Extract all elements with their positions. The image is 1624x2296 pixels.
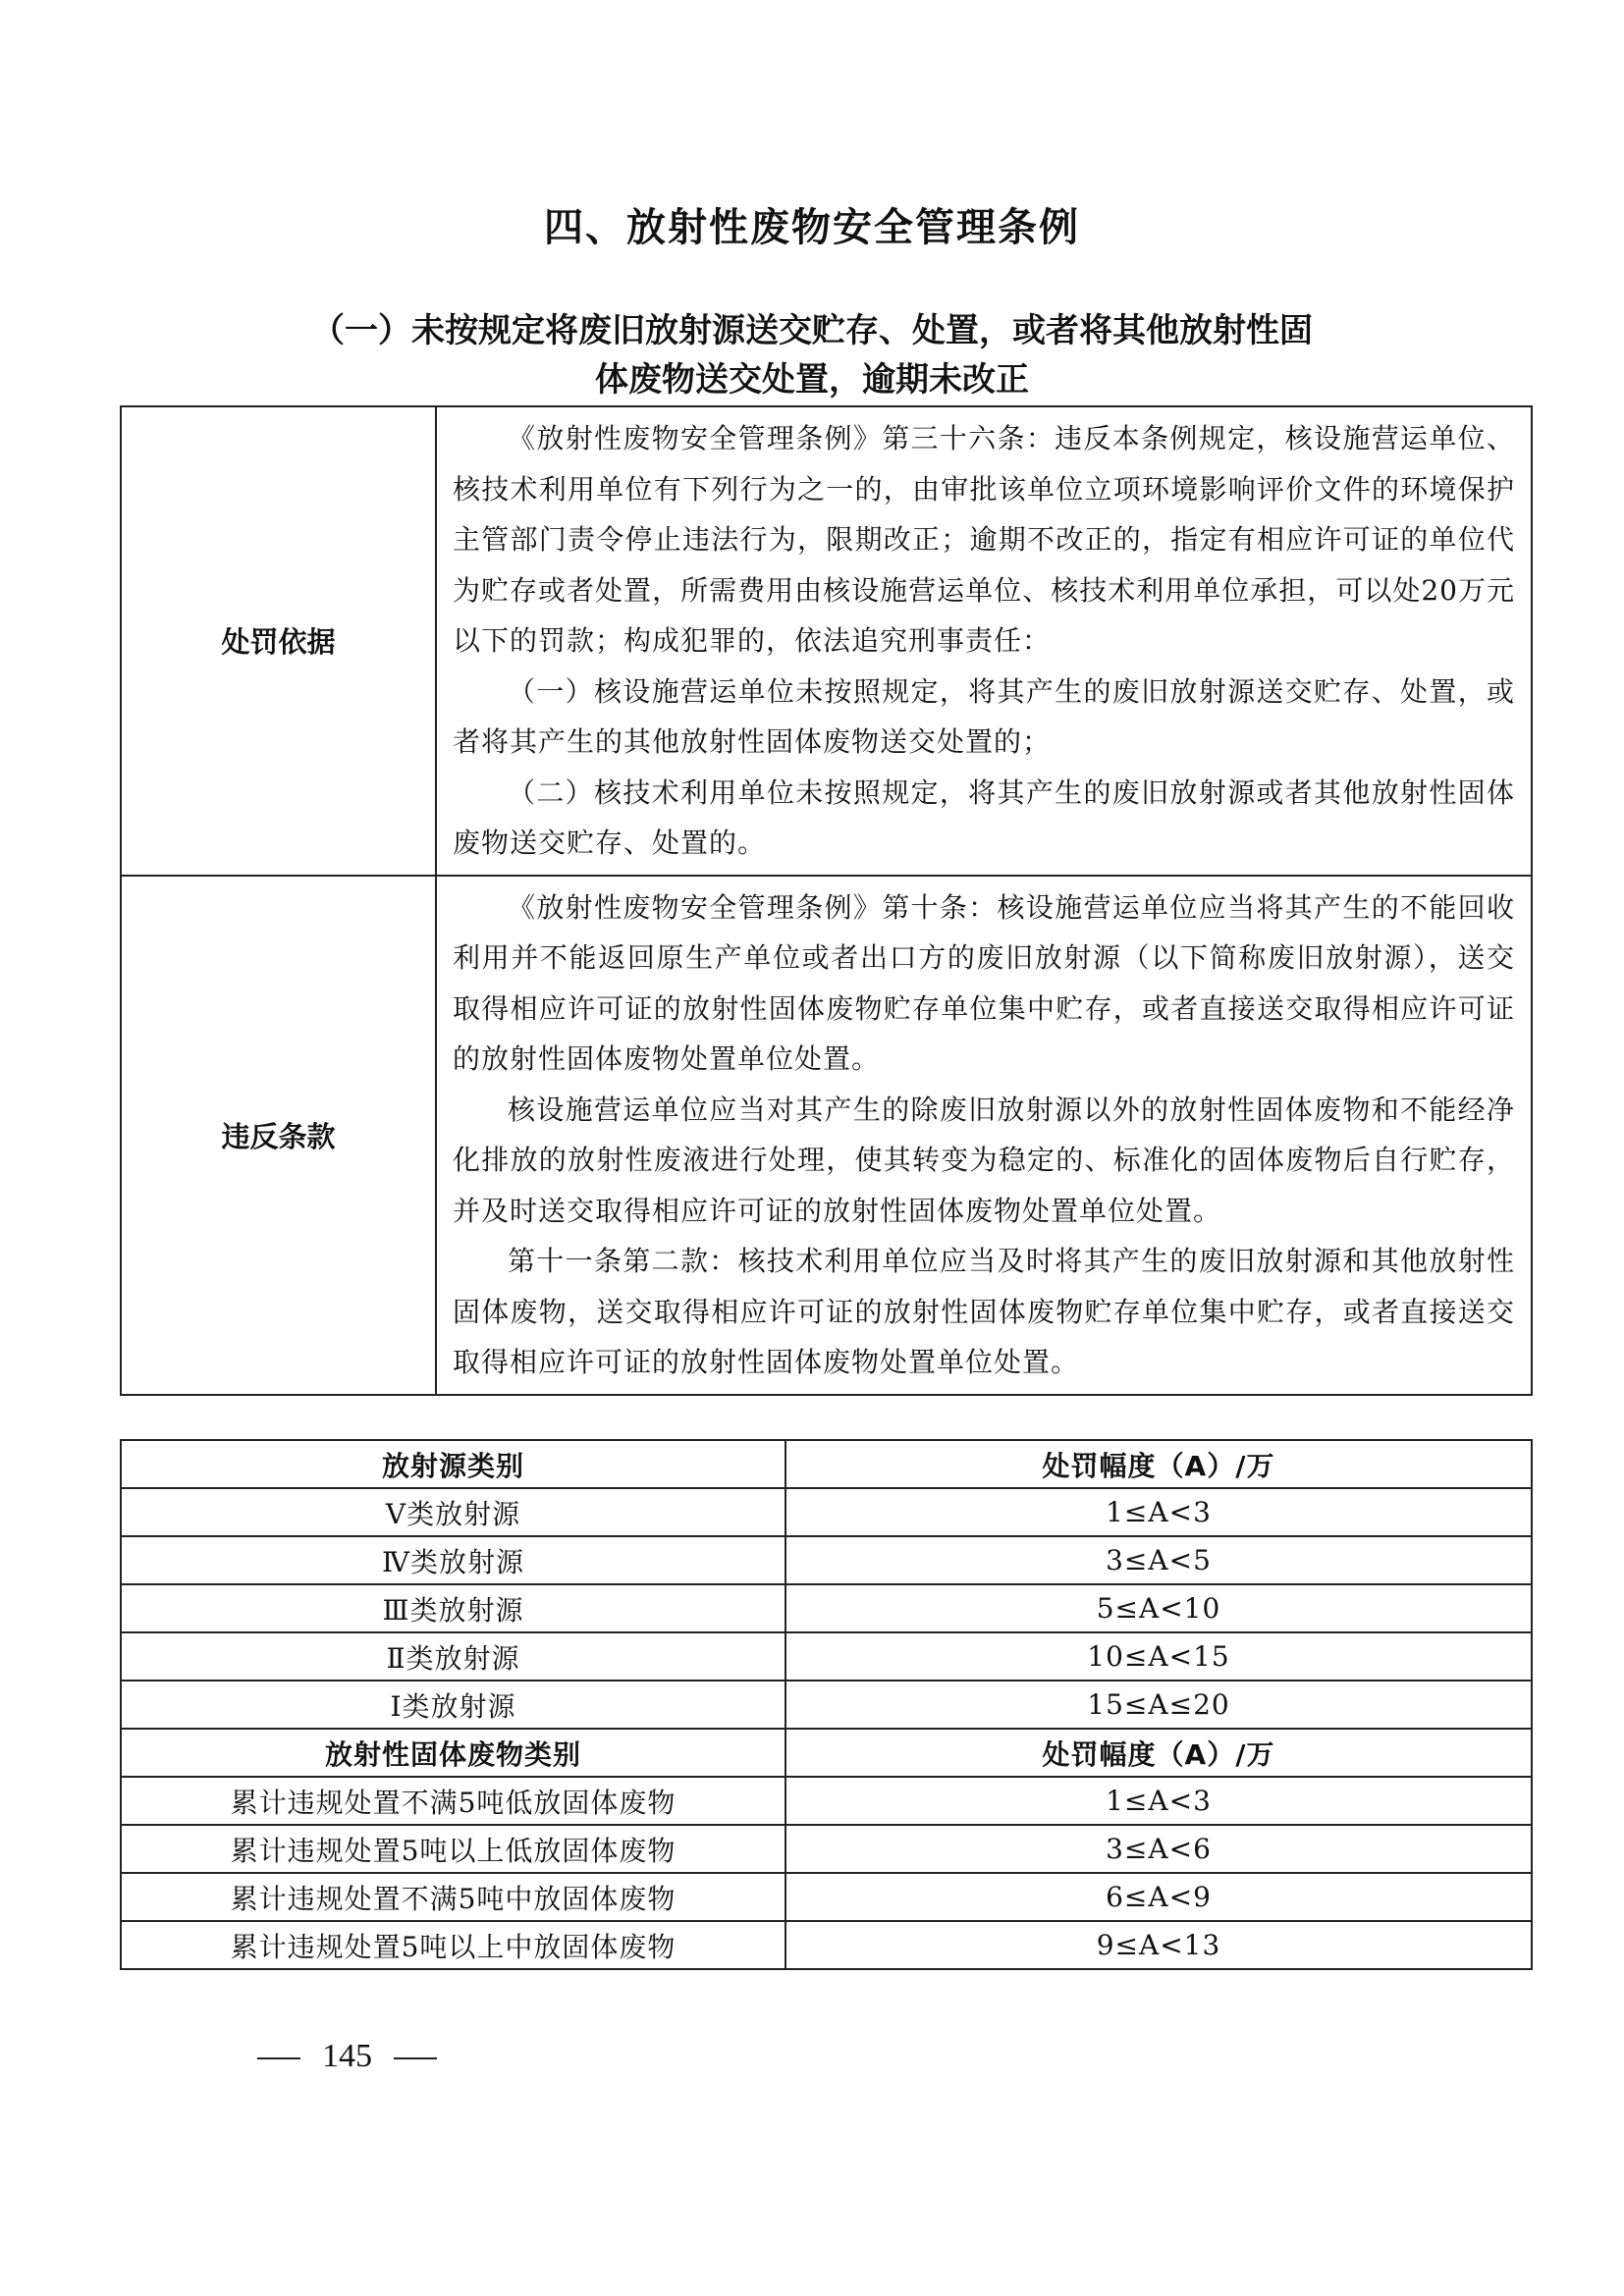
waste-category: 累计违规处置不满5吨低放固体废物 [121, 1777, 785, 1825]
basis-paragraph: （一）核设施营运单位未按照规定，将其产生的废旧放射源送交贮存、处置，或者将其产生… [453, 667, 1515, 768]
violated-clause-label: 违反条款 [121, 876, 436, 1395]
violation-paragraph: 核设施营运单位应当对其产生的除废旧放射源以外的放射性固体废物和不能经净化排放的放… [453, 1085, 1515, 1237]
waste-category-header: 放射性固体废物类别 [121, 1729, 785, 1777]
source-category: Ⅰ类放射源 [121, 1681, 785, 1729]
penalty-range: 6≤A<9 [785, 1873, 1532, 1921]
penalty-range: 10≤A<15 [785, 1632, 1532, 1681]
section-title-line-2: 体废物送交处置，逾期未改正 [196, 355, 1428, 404]
waste-category: 累计违规处置5吨以上中放固体废物 [121, 1921, 785, 1969]
penalty-basis-row: 处罚依据 《放射性废物安全管理条例》第三十六条：违反本条例规定，核设施营运单位、… [121, 406, 1532, 876]
dash-left [257, 2057, 300, 2059]
source-category: Ⅴ类放射源 [121, 1488, 785, 1536]
penalty-range: 9≤A<13 [785, 1921, 1532, 1969]
source-category: Ⅳ类放射源 [121, 1536, 785, 1584]
penalty-range: 3≤A<6 [785, 1825, 1532, 1873]
table-row: 累计违规处置5吨以上低放固体废物 3≤A<6 [121, 1825, 1532, 1873]
waste-table-header: 放射性固体废物类别 处罚幅度（A）/万 [121, 1729, 1532, 1777]
penalty-range: 3≤A<5 [785, 1536, 1532, 1584]
table-row: Ⅳ类放射源 3≤A<5 [121, 1536, 1532, 1584]
source-category-header: 放射源类别 [121, 1440, 785, 1488]
table-row: 累计违规处置不满5吨低放固体废物 1≤A<3 [121, 1777, 1532, 1825]
violated-clause-row: 违反条款 《放射性废物安全管理条例》第十条：核设施营运单位应当将其产生的不能回收… [121, 876, 1532, 1395]
penalty-basis-label: 处罚依据 [121, 406, 436, 876]
dash-right [394, 2057, 437, 2059]
violation-paragraph: 《放射性废物安全管理条例》第十条：核设施营运单位应当将其产生的不能回收利用并不能… [453, 882, 1515, 1085]
basis-paragraph: 《放射性废物安全管理条例》第三十六条：违反本条例规定，核设施营运单位、核技术利用… [453, 413, 1515, 667]
waste-category: 累计违规处置不满5吨中放固体废物 [121, 1873, 785, 1921]
page-number-value: 145 [322, 2038, 372, 2074]
section-title: （一）未按规定将废旧放射源送交贮存、处置，或者将其他放射性固 体废物送交处置，逾… [196, 306, 1428, 404]
table-row: Ⅰ类放射源 15≤A≤20 [121, 1681, 1532, 1729]
waste-category: 累计违规处置5吨以上低放固体废物 [121, 1825, 785, 1873]
source-category: Ⅱ类放射源 [121, 1632, 785, 1681]
penalty-range: 1≤A<3 [785, 1488, 1532, 1536]
section-title-line-1: （一）未按规定将废旧放射源送交贮存、处置，或者将其他放射性固 [196, 306, 1428, 355]
chapter-title: 四、放射性废物安全管理条例 [0, 196, 1624, 252]
source-table-header: 放射源类别 处罚幅度（A）/万 [121, 1440, 1532, 1488]
penalty-range: 15≤A≤20 [785, 1681, 1532, 1729]
basis-paragraph: （二）核技术利用单位未按照规定，将其产生的废旧放射源或者其他放射性固体废物送交贮… [453, 768, 1515, 869]
penalty-range-table: 放射源类别 处罚幅度（A）/万 Ⅴ类放射源 1≤A<3 Ⅳ类放射源 3≤A<5 … [120, 1439, 1533, 1970]
table-row: Ⅴ类放射源 1≤A<3 [121, 1488, 1532, 1536]
penalty-range: 5≤A<10 [785, 1584, 1532, 1632]
table-row: Ⅲ类放射源 5≤A<10 [121, 1584, 1532, 1632]
page-number: 145 [236, 2038, 459, 2075]
penalty-basis-content: 《放射性废物安全管理条例》第三十六条：违反本条例规定，核设施营运单位、核技术利用… [436, 406, 1532, 876]
penalty-range: 1≤A<3 [785, 1777, 1532, 1825]
table-row: Ⅱ类放射源 10≤A<15 [121, 1632, 1532, 1681]
penalty-range-header: 处罚幅度（A）/万 [785, 1440, 1532, 1488]
table-row: 累计违规处置不满5吨中放固体废物 6≤A<9 [121, 1873, 1532, 1921]
table-row: 累计违规处置5吨以上中放固体废物 9≤A<13 [121, 1921, 1532, 1969]
violated-clause-content: 《放射性废物安全管理条例》第十条：核设施营运单位应当将其产生的不能回收利用并不能… [436, 876, 1532, 1395]
violation-paragraph: 第十一条第二款：核技术利用单位应当及时将其产生的废旧放射源和其他放射性固体废物，… [453, 1236, 1515, 1388]
source-category: Ⅲ类放射源 [121, 1584, 785, 1632]
penalty-range-header: 处罚幅度（A）/万 [785, 1729, 1532, 1777]
provisions-table: 处罚依据 《放射性废物安全管理条例》第三十六条：违反本条例规定，核设施营运单位、… [120, 405, 1533, 1396]
